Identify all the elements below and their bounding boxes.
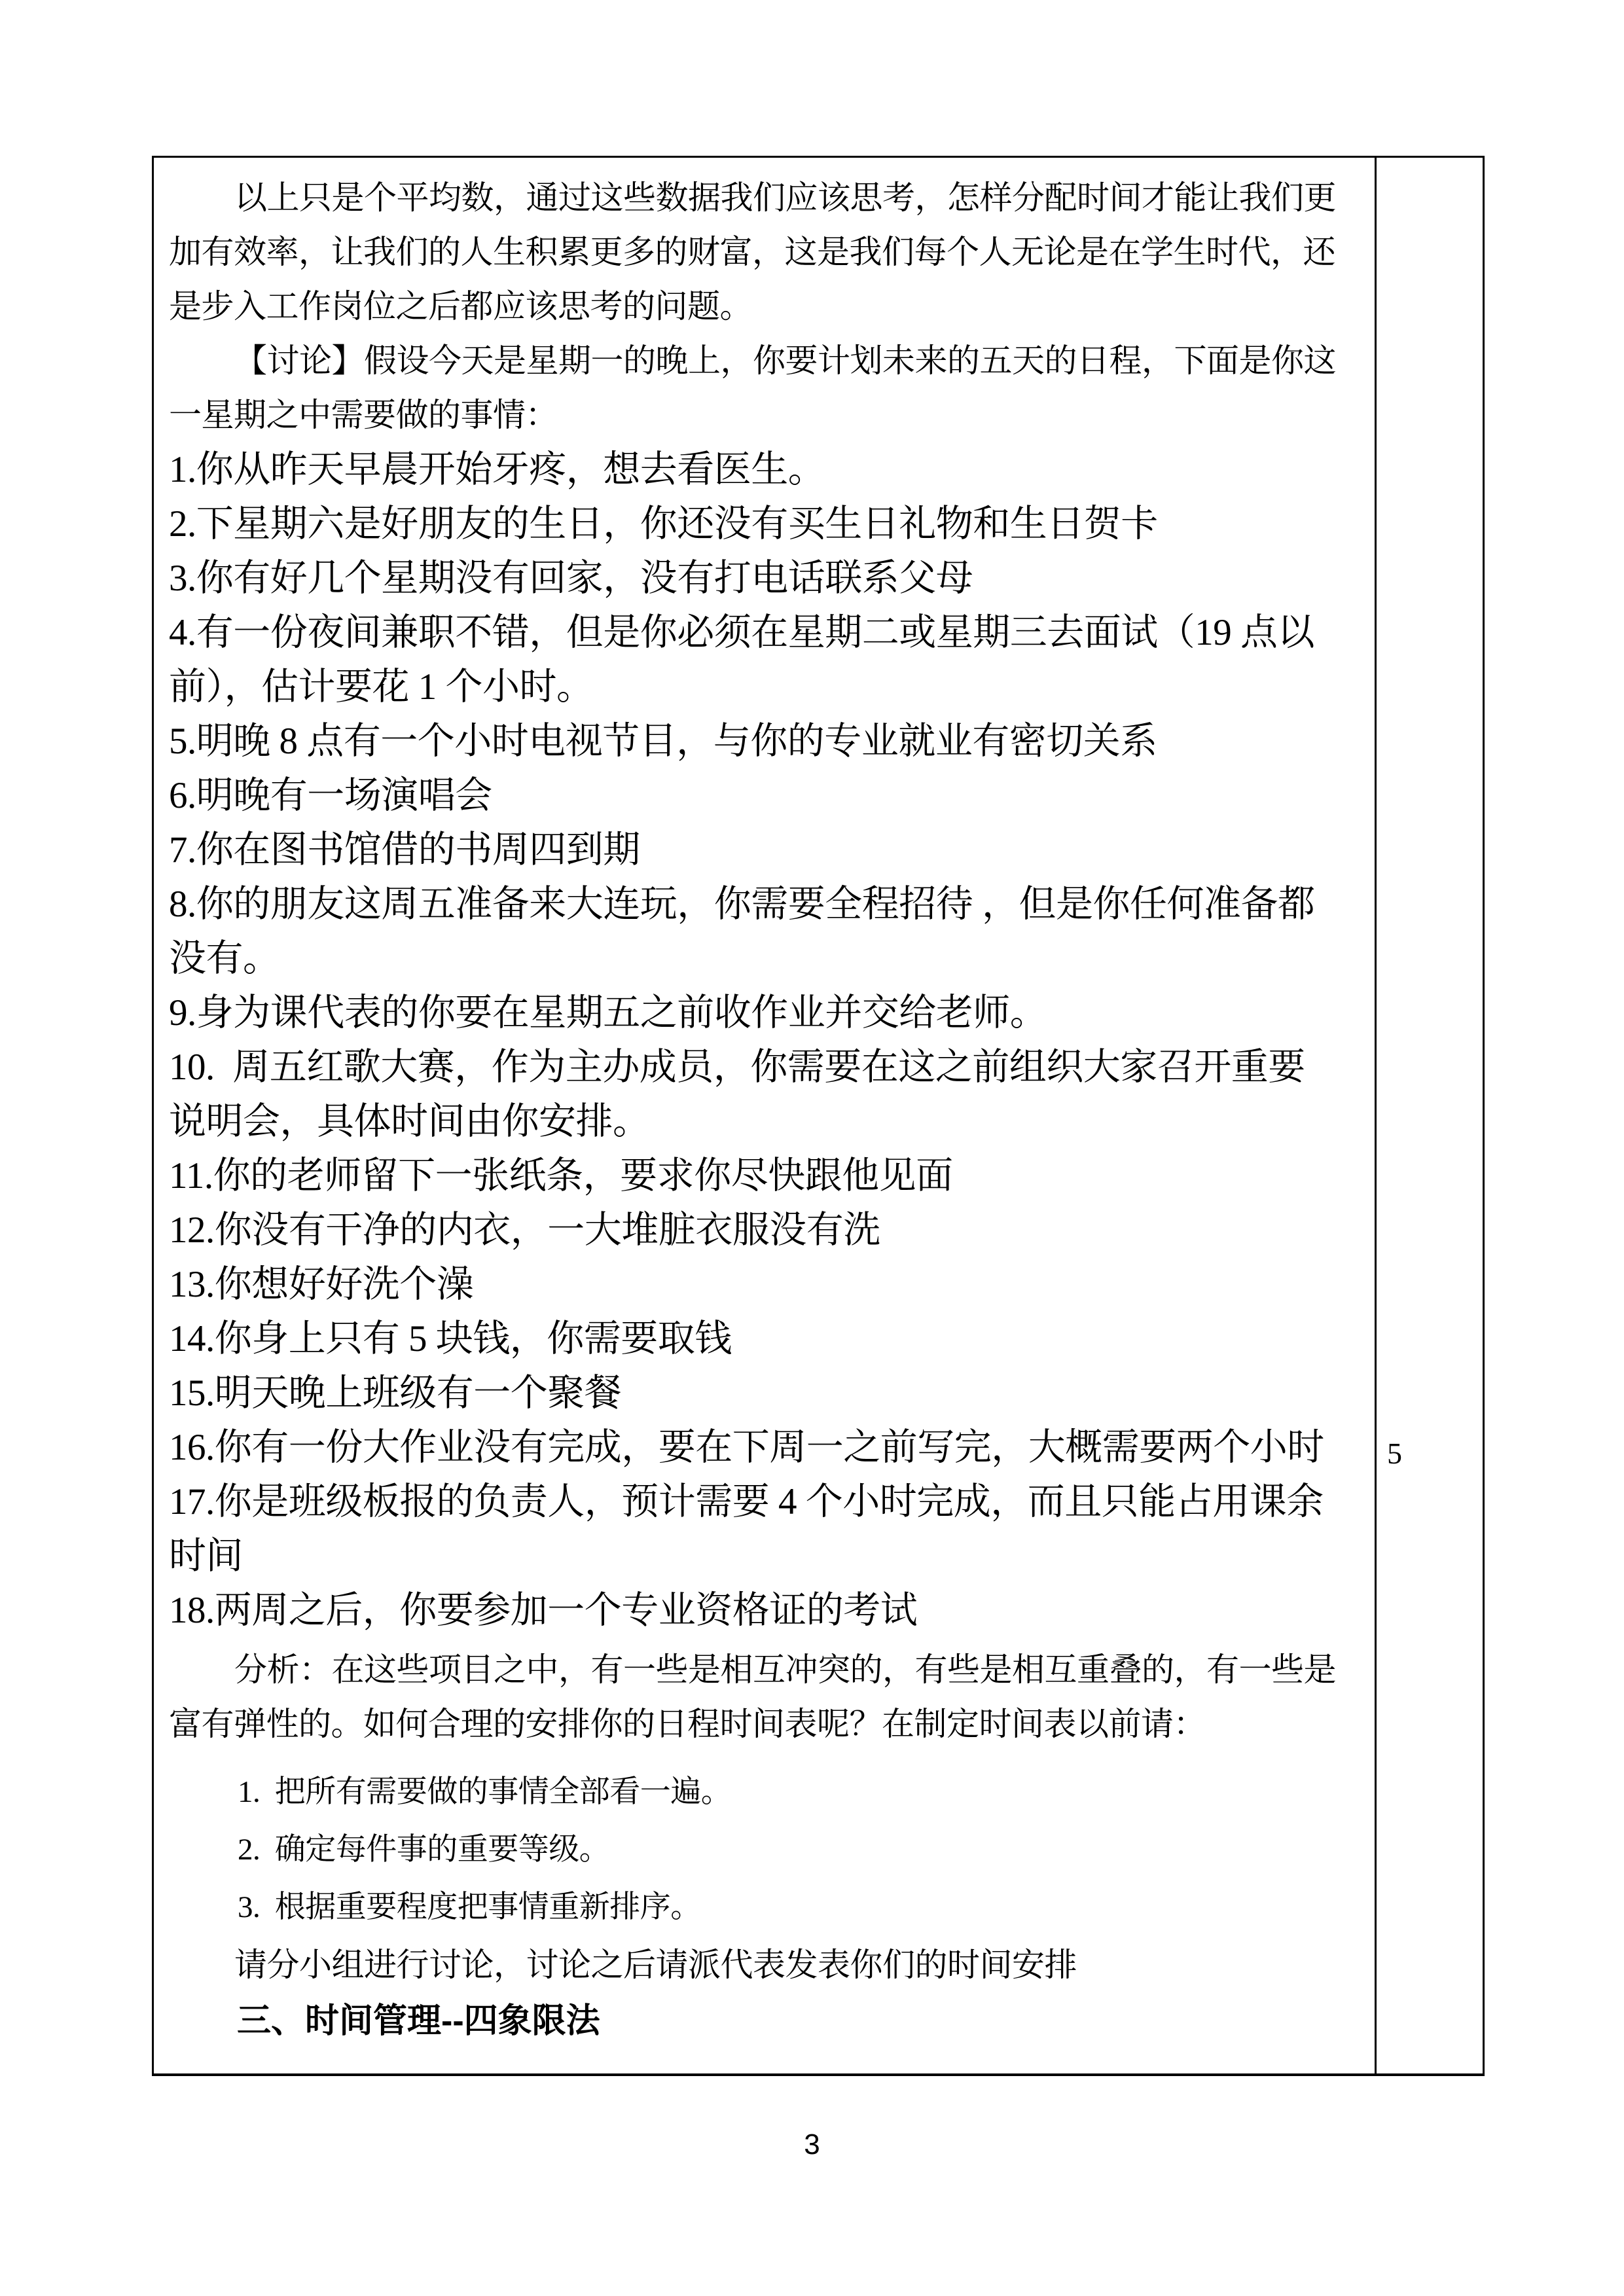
text-line: 时间 [169, 1529, 1367, 1583]
text-line: 没有。 [169, 931, 1367, 986]
score-value: 5 [1387, 1435, 1402, 1472]
text-line: 4.有一份夜间兼职不错，但是你必须在星期二或星期三去面试（19 点以 [169, 605, 1367, 660]
page-number: 3 [0, 2128, 1624, 2161]
text-line: 2.下星期六是好朋友的生日，你还没有买生日礼物和生日贺卡 [169, 497, 1367, 551]
text-line: 加有效率，让我们的人生积累更多的财富，这是我们每个人无论是在学生时代，还 [169, 225, 1367, 279]
text-line: 7.你在图书馆借的书周四到期 [169, 823, 1367, 877]
text-line: 是步入工作岗位之后都应该思考的问题。 [169, 279, 1367, 334]
text-line: 以上只是个平均数，通过这些数据我们应该思考，怎样分配时间才能让我们更 [169, 171, 1367, 225]
text-line: 8.你的朋友这周五准备来大连玩，你需要全程招待 ，但是你任何准备都 [169, 877, 1367, 931]
text-line: 【讨论】假设今天是星期一的晚上，你要计划未来的五天的日程，下面是你这 [169, 334, 1367, 388]
document-page: 以上只是个平均数，通过这些数据我们应该思考，怎样分配时间才能让我们更加有效率，让… [0, 0, 1624, 2296]
text-line: 5.明晚 8 点有一个小时电视节目，与你的专业就业有密切关系 [169, 714, 1367, 768]
text-line: 说明会，具体时间由你安排。 [169, 1094, 1367, 1149]
text-line: 11.你的老师留下一张纸条，要求你尽快跟他见面 [169, 1149, 1367, 1203]
text-line: 12.你没有干净的内衣，一大堆脏衣服没有洗 [169, 1203, 1367, 1257]
lesson-content-cell: 以上只是个平均数，通过这些数据我们应该思考，怎样分配时间才能让我们更加有效率，让… [154, 158, 1377, 2073]
text-line: 3. 根据重要程度把事情重新排序。 [169, 1878, 1367, 1936]
text-line: 9.身为课代表的你要在星期五之前收作业并交给老师。 [169, 986, 1367, 1040]
text-line: 一星期之中需要做的事情： [169, 388, 1367, 442]
text-line: 分析：在这些项目之中，有一些是相互冲突的，有些是相互重叠的，有一些是 [169, 1643, 1367, 1697]
text-line: 请分小组进行讨论，讨论之后请派代表发表你们的时间安排 [169, 1936, 1367, 1994]
text-line: 18.两周之后，你要参加一个专业资格证的考试 [169, 1583, 1367, 1638]
text-line: 三、时间管理--四象限法 [169, 1994, 1367, 2049]
text-line: 17.你是班级板报的负责人，预计需要 4 个小时完成，而且只能占用课余 [169, 1475, 1367, 1529]
text-line: 13.你想好好洗个澡 [169, 1257, 1367, 1312]
text-line: 1. 把所有需要做的事情全部看一遍。 [169, 1763, 1367, 1821]
text-line: 富有弹性的。如何合理的安排你的日程时间表呢？在制定时间表以前请： [169, 1697, 1367, 1751]
text-line: 6.明晚有一场演唱会 [169, 768, 1367, 823]
text-line: 14.你身上只有 5 块钱，你需要取钱 [169, 1312, 1367, 1366]
text-line: 16.你有一份大作业没有完成，要在下周一之前写完，大概需要两个小时 [169, 1420, 1367, 1475]
text-line: 3.你有好几个星期没有回家，没有打电话联系父母 [169, 551, 1367, 605]
text-line: 10. 周五红歌大赛，作为主办成员，你需要在这之前组织大家召开重要 [169, 1040, 1367, 1094]
text-line: 2. 确定每件事的重要等级。 [169, 1821, 1367, 1878]
score-cell: 5 [1377, 158, 1483, 2073]
content-table: 以上只是个平均数，通过这些数据我们应该思考，怎样分配时间才能让我们更加有效率，让… [152, 156, 1485, 2076]
text-line: 1.你从昨天早晨开始牙疼，想去看医生。 [169, 442, 1367, 497]
text-line: 前），估计要花 1 个小时。 [169, 660, 1367, 714]
text-line: 15.明天晚上班级有一个聚餐 [169, 1366, 1367, 1420]
